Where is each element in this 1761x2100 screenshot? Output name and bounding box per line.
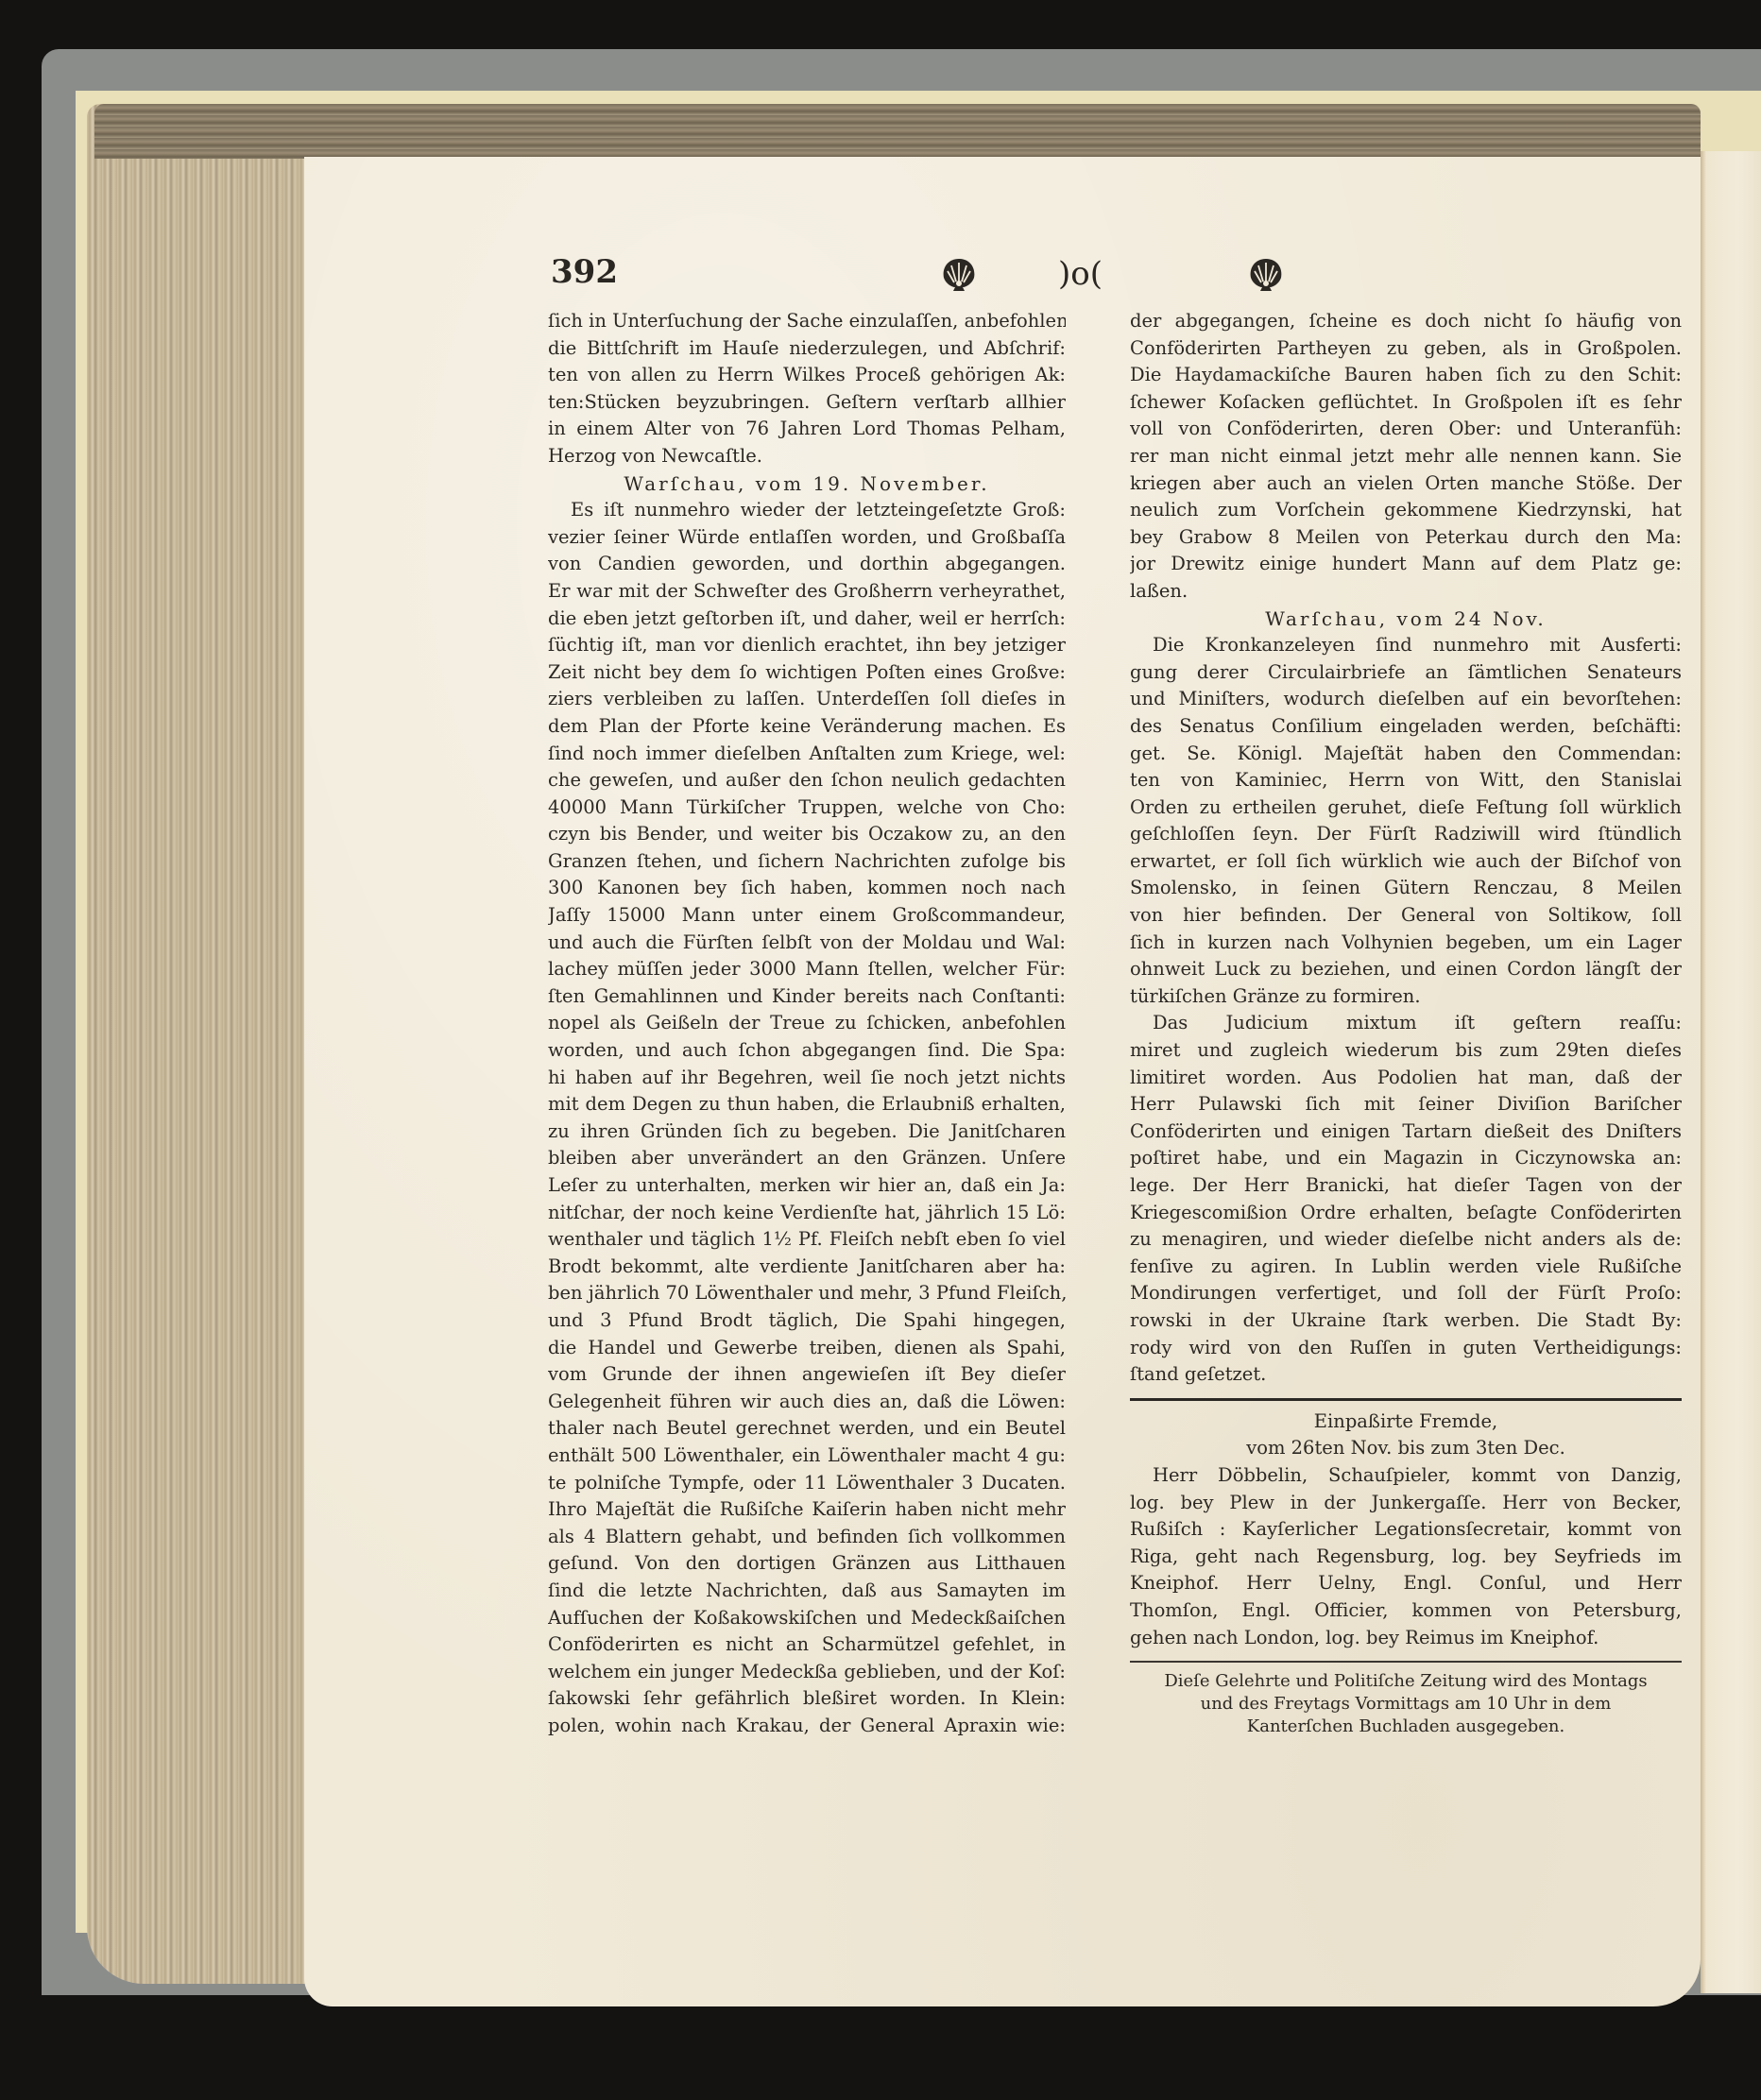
article-continuation: ſich in Unterſuchung der Sache einzulaſſ…: [548, 308, 1066, 470]
text-line: hi haben auf ihr Begehren, weil ſie noch…: [548, 1065, 1066, 1092]
text-line: che geweſen, und außer den ſchon neulich…: [548, 767, 1066, 794]
text-line: ſüchtig iſt, man vor dienlich erachtet, …: [548, 632, 1066, 659]
text-line: laßen.: [1130, 578, 1682, 606]
text-line: wenthaler und täglich 1½ Pf. Fleiſch neb…: [548, 1226, 1066, 1254]
text-line: poſtiret habe, und ein Magazin in Ciczyn…: [1130, 1145, 1682, 1172]
text-line: gung derer Circulairbriefe an ſämtlichen…: [1130, 659, 1682, 687]
page-stack-edges: [87, 104, 323, 1984]
text-line: ſind noch immer dieſelben Anſtalten zum …: [548, 741, 1066, 768]
text-line: ſich in kurzen nach Volhynien begeben, u…: [1130, 930, 1682, 957]
text-line: Riga, geht nach Regensburg, log. bey Sey…: [1130, 1544, 1682, 1571]
text-line: ſind die letzte Nachrichten, daß aus Sam…: [548, 1578, 1066, 1605]
article-warsaw-19-nov: Es iſt nunmehro wieder der letzteingeſet…: [548, 497, 1066, 1739]
colophon-line: Kanterſchen Buchladen ausgegeben.: [1130, 1716, 1682, 1738]
text-line: 300 Kanonen bey ſich haben, kommen noch …: [548, 875, 1066, 902]
dateline-heading: Warſchau, vom 24 Nov.: [1130, 606, 1682, 633]
text-line: Brodt bekommt, alte verdiente Janitſchar…: [548, 1254, 1066, 1281]
page-stack-top: [94, 104, 1701, 159]
colophon: Dieſe Gelehrte und Politiſche Zeitung wi…: [1130, 1670, 1682, 1738]
text-line: te polniſche Tympfe, oder 11 Löwenthaler…: [548, 1470, 1066, 1497]
text-line: dem Plan der Pforte keine Veränderung ma…: [548, 713, 1066, 741]
text-line: Er war mit der Schweſter des Großherrn v…: [548, 578, 1066, 606]
text-line: ten von allen zu Herrn Wilkes Proceß geh…: [548, 362, 1066, 389]
text-line: welchem ein junger Medeckßa geblieben, u…: [548, 1659, 1066, 1686]
text-line: Leſer zu unterhalten, merken wir hier an…: [548, 1172, 1066, 1200]
text-line: polen, wohin nach Krakau, der General Ap…: [548, 1713, 1066, 1740]
shell-ornament-icon: [1247, 255, 1285, 301]
text-line: get. Se. Königl. Majeſtät haben den Comm…: [1130, 741, 1682, 768]
text-line: in einem Alter von 76 Jahren Lord Thomas…: [548, 416, 1066, 443]
colophon-divider: [1130, 1661, 1682, 1663]
text-line: thaler nach Beutel gerechnet werden, und…: [548, 1415, 1066, 1443]
text-line: limitiret worden. Aus Podolien hat man, …: [1130, 1065, 1682, 1092]
text-line: geſund. Von den dortigen Gränzen aus Lit…: [548, 1550, 1066, 1578]
text-line: Mondirungen verfertiget, und ſoll der Fü…: [1130, 1280, 1682, 1307]
article-continuation-right: der abgegangen, ſcheine es doch nicht ſo…: [1130, 308, 1682, 606]
text-line: nopel als Geißeln der Treue zu ſchicken,…: [548, 1010, 1066, 1037]
text-line: Aufſuchen der Koßakowskiſchen und Medeck…: [548, 1605, 1066, 1632]
colophon-line: Dieſe Gelehrte und Politiſche Zeitung wi…: [1130, 1670, 1682, 1693]
text-line: Smolensko, in ſeinen Gütern Renczau, 8 M…: [1130, 875, 1682, 902]
text-line: voll von Conföderirten, deren Ober: und …: [1130, 416, 1682, 443]
text-line: Herr Pulawski ſich mit ſeiner Diviſion B…: [1130, 1091, 1682, 1118]
text-line: Orden zu ertheilen geruhet, dieſe Feſtun…: [1130, 794, 1682, 822]
text-line: ziers verbleiben zu laſſen. Unterdeſſen …: [548, 686, 1066, 713]
text-line: geſchloſſen ſeyn. Der Fürſt Radziwill wi…: [1130, 821, 1682, 848]
text-line: enthält 500 Löwenthaler, ein Löwenthaler…: [548, 1443, 1066, 1470]
text-line: von hier befinden. Der General von Solti…: [1130, 902, 1682, 930]
section-divider: [1130, 1398, 1682, 1401]
text-line: vom Grunde der ihnen angewieſen iſt Bey …: [548, 1361, 1066, 1389]
text-line: erwartet, er ſoll ſich würklich wie auch…: [1130, 848, 1682, 876]
text-line: Granzen ſtehen, und ſichern Nachrichten …: [548, 848, 1066, 876]
text-line: vezier ſeiner Würde entlaſſen worden, un…: [548, 524, 1066, 552]
arrivals-date-range: vom 26ten Nov. bis zum 3ten Dec.: [1130, 1435, 1682, 1462]
text-line: gehen nach London, log. bey Reimus im Kn…: [1130, 1625, 1682, 1652]
text-line: und auch die Fürſten ſelbſt von der Mold…: [548, 930, 1066, 957]
text-line: Rußiſch : Kayſerlicher Legationsſecretai…: [1130, 1516, 1682, 1544]
text-line: die Bittſchrift im Hauſe niederzulegen, …: [548, 335, 1066, 363]
colophon-line: und des Freytags Vormittags am 10 Uhr in…: [1130, 1693, 1682, 1716]
text-line: ben jährlich 70 Löwenthaler und mehr, 3 …: [548, 1280, 1066, 1307]
left-column: ſich in Unterſuchung der Sache einzulaſſ…: [548, 308, 1066, 1739]
dateline-heading: Warſchau, vom 19. November.: [548, 470, 1066, 498]
text-line: kriegen aber auch an vielen Orten manche…: [1130, 470, 1682, 498]
article-warsaw-24-nov: Die Kronkanzeleyen ſind nunmehro mit Aus…: [1130, 632, 1682, 1010]
shell-ornament-icon: [940, 255, 978, 301]
text-line: Zeit nicht bey dem ſo wichtigen Poſten e…: [548, 659, 1066, 687]
text-line: Kneiphof. Herr Uelny, Engl. Conſul, und …: [1130, 1570, 1682, 1597]
text-line: ohnweit Luck zu beziehen, und einen Cord…: [1130, 956, 1682, 983]
text-line: 40000 Mann Türkiſcher Truppen, welche vo…: [548, 794, 1066, 822]
text-line: Es iſt nunmehro wieder der letzteingeſet…: [548, 497, 1066, 524]
text-line: Jaſſy 15000 Mann unter einem Großcommand…: [548, 902, 1066, 930]
text-line: neulich zum Vorſchein gekommene Kiedrzyn…: [1130, 497, 1682, 524]
text-line: und 3 Pfund Brodt täglich, Die Spahi hin…: [548, 1307, 1066, 1335]
text-line: ſten Gemahlinnen und Kinder bereits nach…: [548, 983, 1066, 1011]
text-line: ſchewer Koſacken geflüchtet. In Großpole…: [1130, 389, 1682, 417]
article-judicium-mixtum: Das Judicium mixtum iſt geſtern reaſſu: …: [1130, 1010, 1682, 1388]
text-line: fenſive zu agiren. In Lublin werden viel…: [1130, 1254, 1682, 1281]
text-line: lege. Der Herr Branicki, hat dieſer Tage…: [1130, 1172, 1682, 1200]
text-line: ſakowski ſehr gefährlich bleßiret worden…: [548, 1685, 1066, 1713]
text-line: czyn bis Bender, und weiter bis Oczakow …: [548, 821, 1066, 848]
text-line: Conföderirten Partheyen zu geben, als in…: [1130, 335, 1682, 363]
text-line: Conföderirten es nicht an Scharmützel ge…: [548, 1631, 1066, 1659]
text-line: miret und zugleich wiederum bis zum 29te…: [1130, 1037, 1682, 1065]
text-line: Kriegescomißion Ordre erhalten, beſagte …: [1130, 1200, 1682, 1227]
text-line: der abgegangen, ſcheine es doch nicht ſo…: [1130, 308, 1682, 335]
text-line: zu menagiren, und wieder dieſelbe nicht …: [1130, 1226, 1682, 1254]
text-line: als 4 Blattern gehabt, und befinden ſich…: [548, 1524, 1066, 1551]
text-line: Thomſon, Engl. Officier, kommen von Pete…: [1130, 1597, 1682, 1625]
text-line: Conföderirten und einigen Tartarn dießei…: [1130, 1118, 1682, 1146]
text-line: zu ihren Gründen ſich zu begeben. Die Ja…: [548, 1118, 1066, 1146]
text-line: und Miniſters, wodurch dieſelben auf ein…: [1130, 686, 1682, 713]
text-line: ten:Stücken beyzubringen. Geſtern verſta…: [548, 389, 1066, 417]
text-line: lachey müſſen jeder 3000 Mann ſtellen, w…: [548, 956, 1066, 983]
text-line: Das Judicium mixtum iſt geſtern reaſſu:: [1130, 1010, 1682, 1037]
facing-page-edge: [1701, 151, 1761, 1993]
text-line: worden, und auch ſchon abgegangen ſind. …: [548, 1037, 1066, 1065]
text-line: jor Drewitz einige hundert Mann auf dem …: [1130, 551, 1682, 578]
text-line: bleiben aber unverändert an den Gränzen.…: [548, 1145, 1066, 1172]
text-line: Herr Döbbelin, Schauſpieler, kommt von D…: [1130, 1462, 1682, 1490]
page-number: 392: [551, 253, 618, 291]
text-line: des Senatus Conſilium eingeladen werden,…: [1130, 713, 1682, 741]
text-line: Gelegenheit führen wir auch dies an, daß…: [548, 1389, 1066, 1416]
divider-ornament: )o(: [1058, 255, 1103, 293]
arrivals-title: Einpaßirte Fremde,: [1130, 1409, 1682, 1436]
right-column: der abgegangen, ſcheine es doch nicht ſo…: [1130, 308, 1682, 1738]
text-line: die eben jetzt geſtorben iſt, und daher,…: [548, 606, 1066, 633]
text-line: türkiſchen Gränze zu formiren.: [1130, 983, 1682, 1011]
text-line: ten von Kaminiec, Herrn von Witt, den St…: [1130, 767, 1682, 794]
text-line: ſtand geſetzet.: [1130, 1361, 1682, 1389]
text-line: mit dem Degen zu thun haben, die Erlaubn…: [548, 1091, 1066, 1118]
text-line: die Handel und Gewerbe treiben, dienen a…: [548, 1335, 1066, 1362]
text-line: Ihro Majeſtät die Rußiſche Kaiſerin habe…: [548, 1496, 1066, 1524]
text-line: Herzog von Newcaſtle.: [548, 443, 1066, 470]
text-line: Die Haydamackiſche Bauren haben ſich zu …: [1130, 362, 1682, 389]
text-line: ſich in Unterſuchung der Sache einzulaſſ…: [548, 308, 1066, 335]
text-line: bey Grabow 8 Meilen von Peterkau durch d…: [1130, 524, 1682, 552]
arrivals-section: Einpaßirte Fremde, vom 26ten Nov. bis zu…: [1130, 1409, 1682, 1651]
text-line: rer man nicht einmal jetzt mehr alle nen…: [1130, 443, 1682, 470]
text-line: rowski in der Ukraine ſtark werben. Die …: [1130, 1307, 1682, 1335]
text-line: Die Kronkanzeleyen ſind nunmehro mit Aus…: [1130, 632, 1682, 659]
text-line: von Candien geworden, und dorthin abgega…: [548, 551, 1066, 578]
text-line: rody wird von den Ruſſen in guten Verthe…: [1130, 1335, 1682, 1362]
text-line: nitſchar, der noch keine Verdienſte hat,…: [548, 1200, 1066, 1227]
text-line: log. bey Plew in der Junkergaſſe. Herr v…: [1130, 1490, 1682, 1517]
